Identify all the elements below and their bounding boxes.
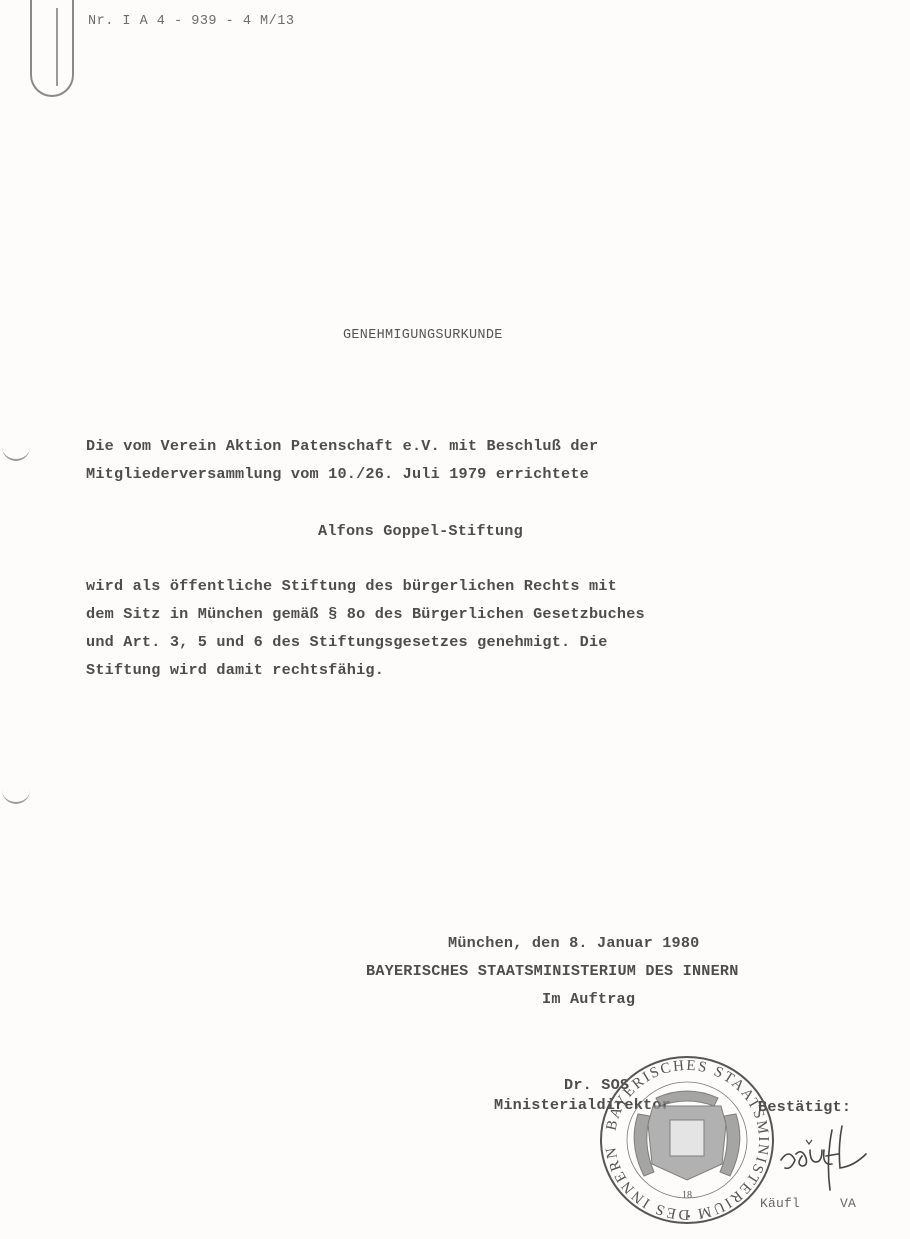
- reference-number: Nr. I A 4 - 939 - 4 M/13: [88, 14, 294, 29]
- paperclip-inner-wire: [56, 8, 68, 86]
- body-line: und Art. 3, 5 und 6 des Stiftungsgesetze…: [86, 633, 608, 651]
- punch-hole-mark: [2, 445, 30, 461]
- place-date: München, den 8. Januar 1980: [448, 934, 699, 952]
- official-seal-icon: BAYERISCHES STAATSMINISTERIUM DES INNERN…: [598, 1054, 776, 1226]
- foundation-name: Alfons Goppel-Stiftung: [318, 522, 523, 540]
- handwritten-signature: [776, 1120, 876, 1200]
- document-page: Nr. I A 4 - 939 - 4 M/13 GENEHMIGUNGSURK…: [0, 0, 910, 1239]
- on-behalf-label: Im Auftrag: [542, 990, 635, 1008]
- intro-line: Mitgliederversammlung vom 10./26. Juli 1…: [86, 465, 589, 483]
- issuing-authority: BAYERISCHES STAATSMINISTERIUM DES INNERN: [366, 962, 739, 980]
- document-title: GENEHMIGUNGSURKUNDE: [343, 328, 503, 343]
- body-line: Stiftung wird damit rechtsfähig.: [86, 661, 384, 679]
- seal-number: 18: [682, 1190, 692, 1201]
- confirmer-name: Käufl: [760, 1196, 800, 1211]
- confirmer-suffix: VA: [840, 1196, 856, 1211]
- intro-line: Die vom Verein Aktion Patenschaft e.V. m…: [86, 437, 598, 455]
- svg-text:•: •: [687, 1212, 691, 1223]
- punch-hole-mark: [2, 788, 30, 804]
- body-line: dem Sitz in München gemäß § 8o des Bürge…: [86, 605, 645, 623]
- body-line: wird als öffentliche Stiftung des bürger…: [86, 577, 617, 595]
